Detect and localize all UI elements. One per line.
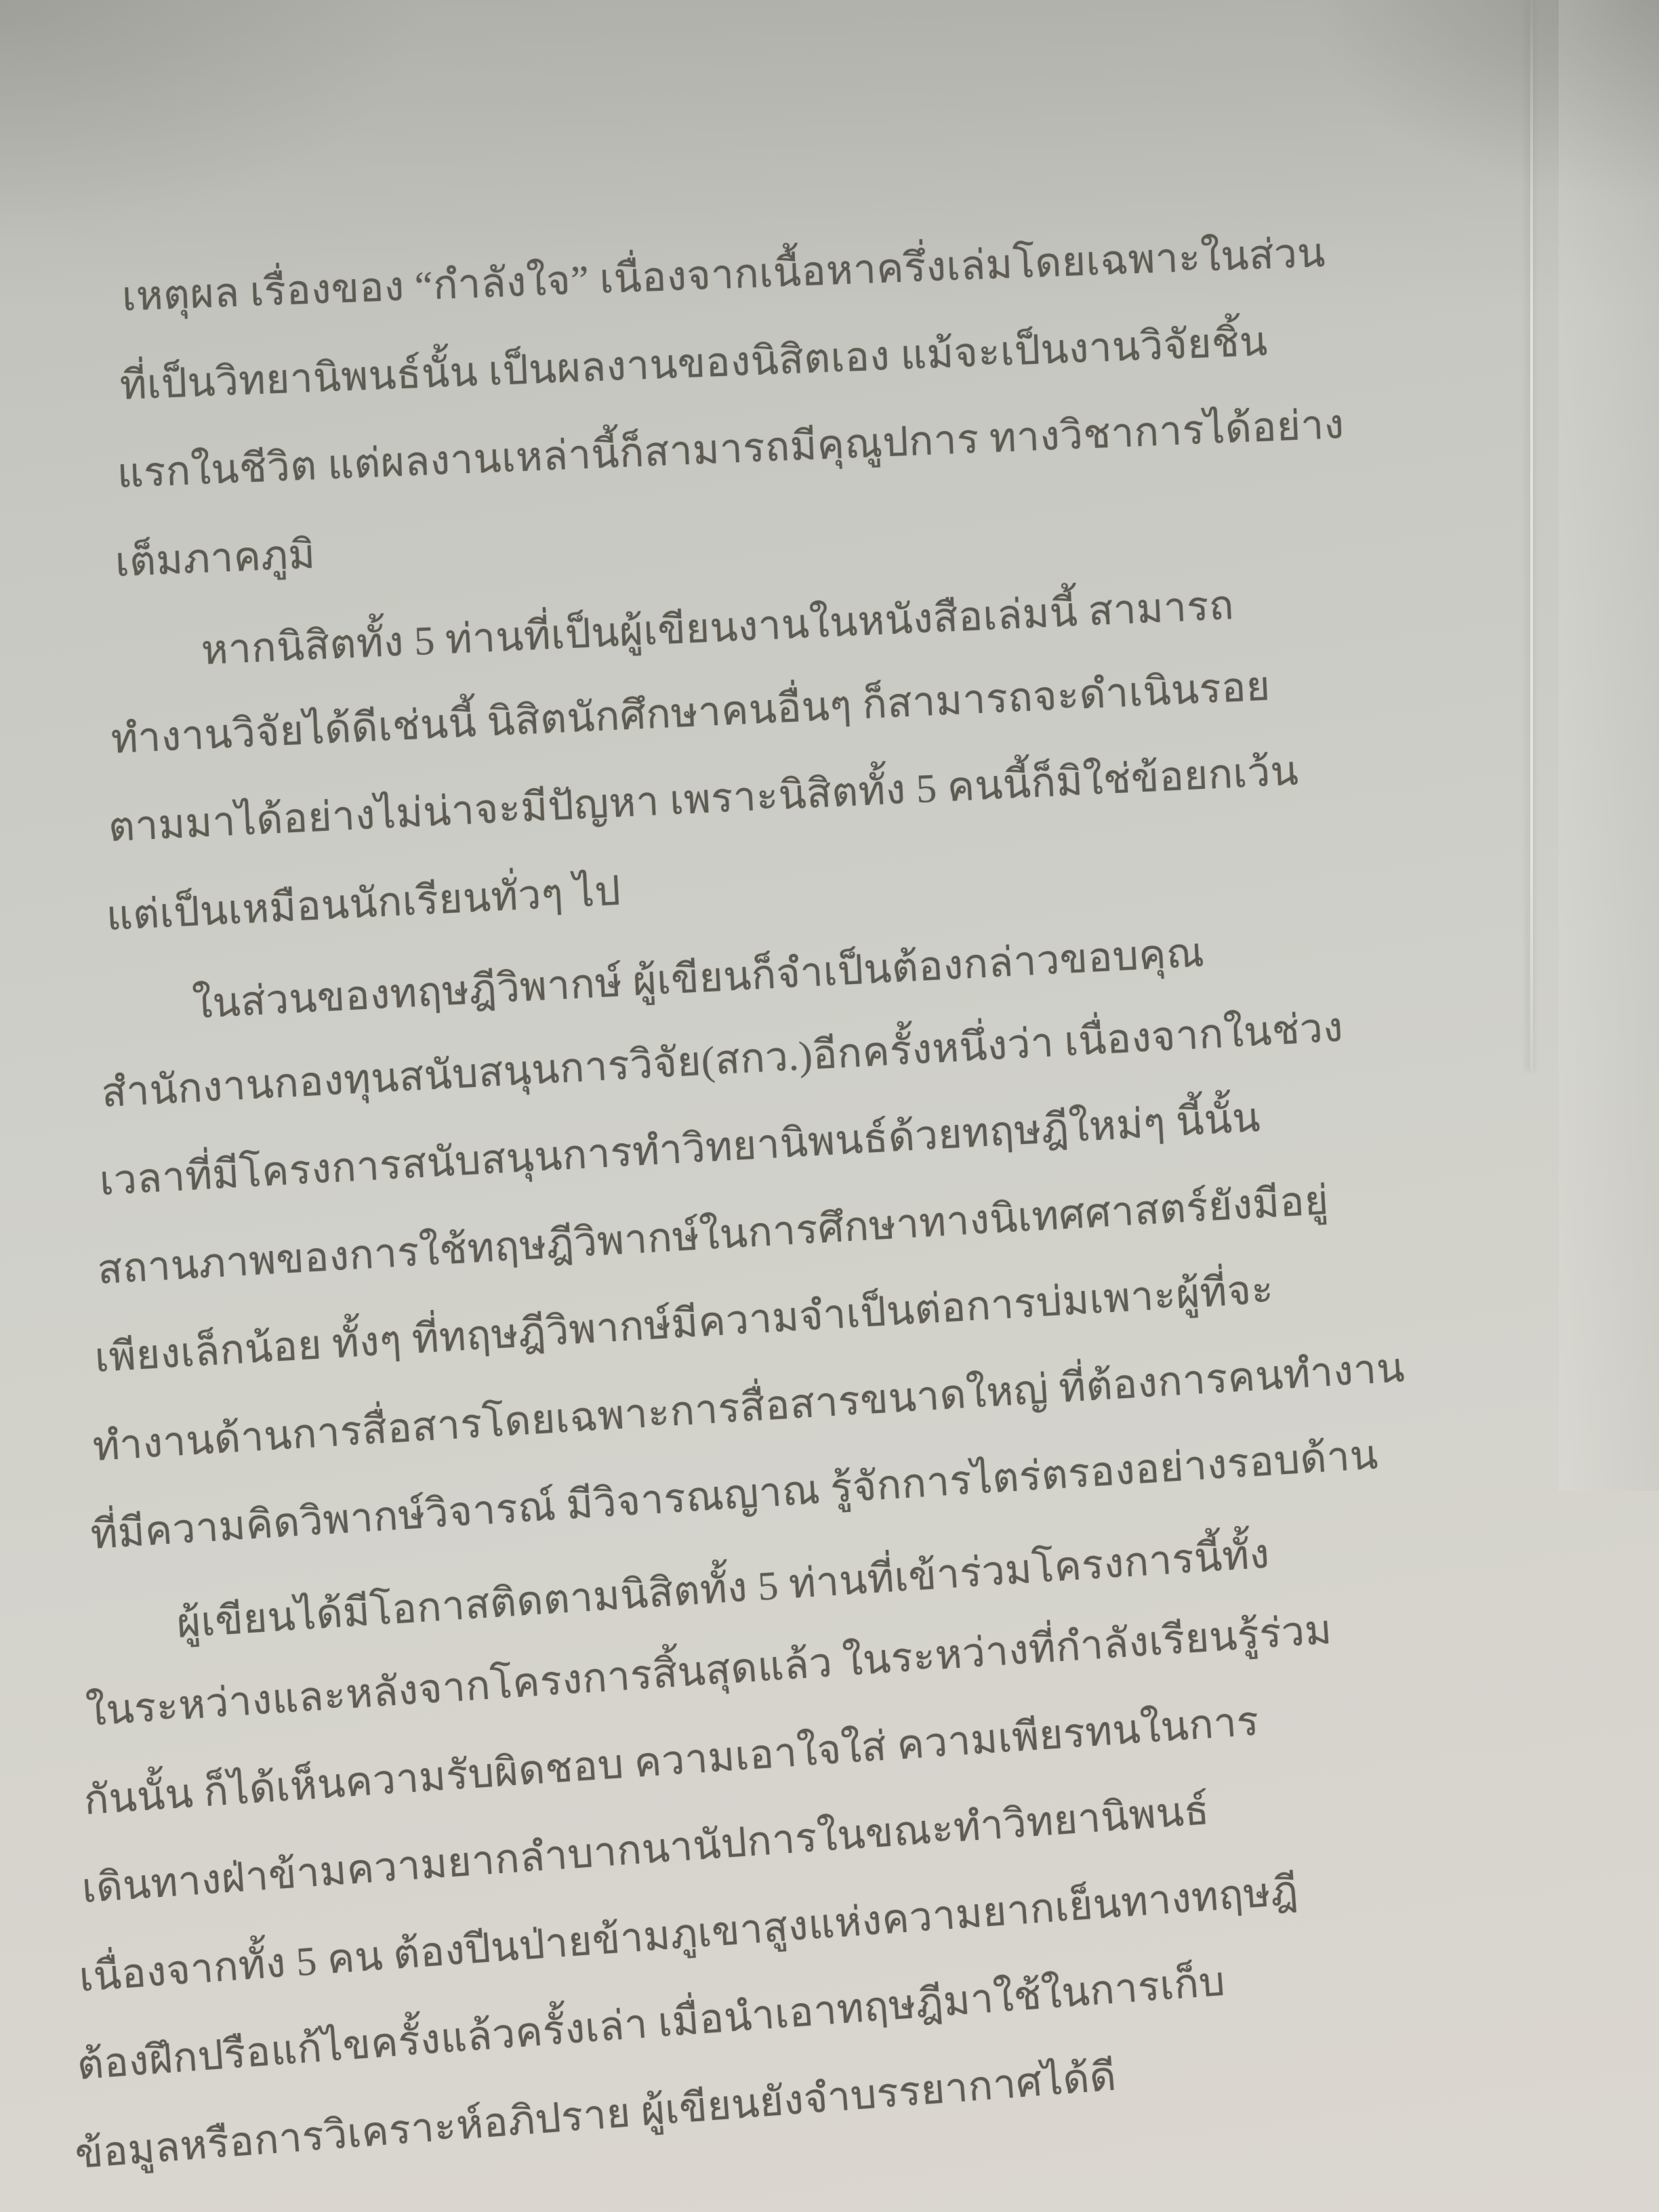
text-line: ในส่วนของทฤษฎีวิพากษ์ ผู้เขียนก็จำเป็นต้…	[191, 932, 1205, 1025]
text-line: เต็มภาคภูมิ	[115, 533, 316, 582]
text-line: แรกในชีวิต แต่ผลงานเหล่านี้ก็สามารถมีคุณ…	[117, 404, 1345, 494]
text-line: แต่เป็นเหมือนนักเรียนทั่วๆ ไป	[105, 870, 621, 936]
text-line: เหตุผล เรื่องของ “กำลังใจ” เนื่องจากเนื้…	[121, 232, 1326, 317]
text-line: เวลาที่มีโครงการสนับสนุนการทำวิทยานิพนธ์…	[98, 1097, 1261, 1202]
text-block: เหตุผล เรื่องของ “กำลังใจ” เนื่องจากเนื้…	[0, 0, 1659, 2212]
text-line: สำนักงานกองทุนสนับสนุนการวิจัย(สกว.)อีกค…	[101, 1006, 1345, 1113]
text-line: เพียงเล็กน้อย ทั้งๆ ที่ทฤษฎีวิพากษ์มีควา…	[94, 1269, 1275, 1378]
text-line: หากนิสิตทั้ง 5 ท่านที่เป็นผู้เขียนงานในห…	[200, 585, 1234, 671]
text-line: ทำงานวิจัยได้ดีเช่นนี้ นิสิตนักศึกษาคนอื…	[110, 665, 1271, 759]
book-page: เหตุผล เรื่องของ “กำลังใจ” เนื่องจากเนื้…	[0, 0, 1659, 2212]
text-line: ตามมาได้อย่างไม่น่าจะมีปัญหา เพราะนิสิตท…	[108, 750, 1300, 848]
text-line: ที่เป็นวิทยานิพนธ์นั้น เป็นผลงานของนิสิต…	[119, 321, 1269, 405]
